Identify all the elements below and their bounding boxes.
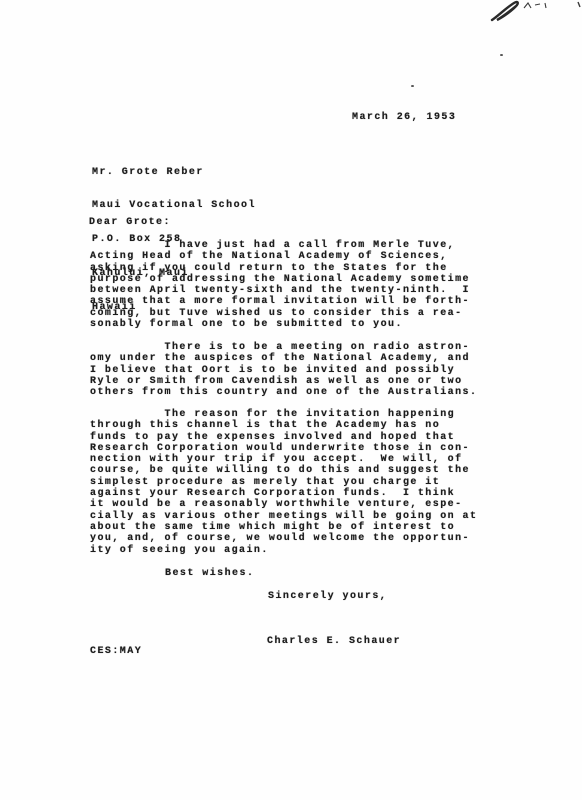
scan-speck xyxy=(500,54,503,56)
recipient-name: Mr. Grote Reber xyxy=(92,167,256,178)
reference-initials: CES:MAY xyxy=(90,646,142,657)
recipient-organization: Maui Vocational School xyxy=(92,200,256,211)
salutation: Dear Grote: xyxy=(89,217,171,228)
letter-date: March 26, 1953 xyxy=(352,112,456,123)
body-paragraph-3: The reason for the invitation happening … xyxy=(90,409,477,556)
signature-name: Charles E. Schauer xyxy=(267,636,401,647)
closing-phrase: Best wishes. xyxy=(165,568,254,579)
handwritten-mark-icon xyxy=(490,0,582,24)
scan-speck xyxy=(411,85,414,87)
valediction: Sincerely yours, xyxy=(268,591,387,602)
body-paragraph-1: I have just had a call from Merle Tuve, … xyxy=(90,240,470,330)
body-paragraph-2: There is to be a meeting on radio astron… xyxy=(90,342,477,398)
letter-page: March 26, 1953 Mr. Grote Reber Maui Voca… xyxy=(0,0,582,800)
